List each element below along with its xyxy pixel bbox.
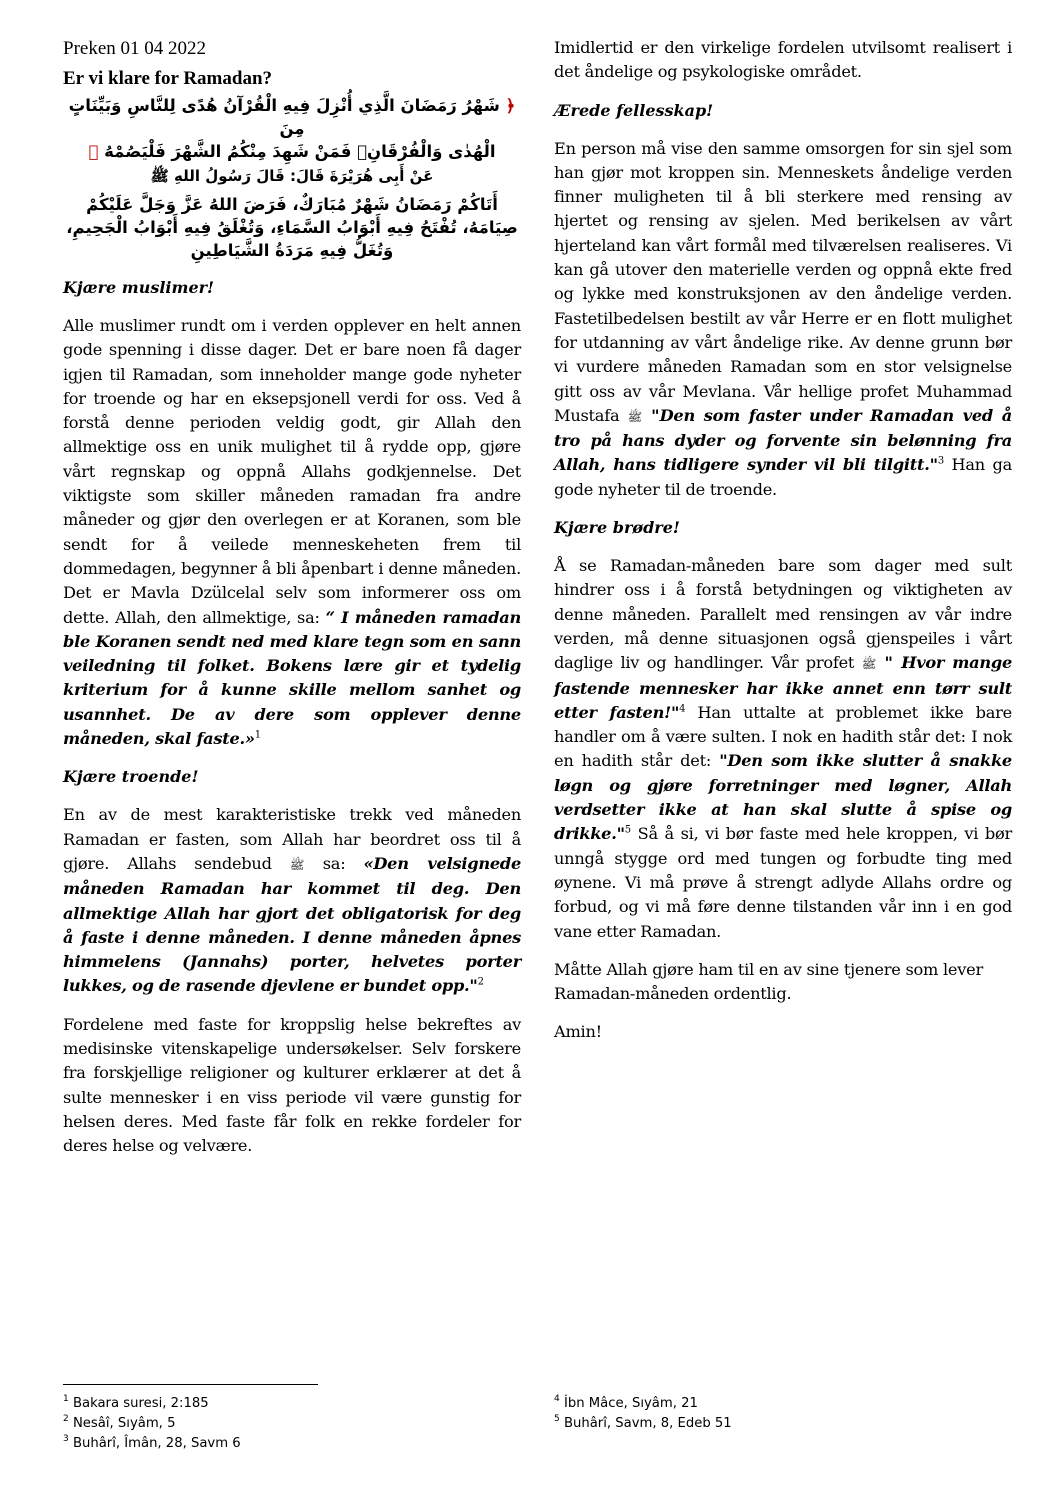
- paragraph: En person må vise den samme omsorgen for…: [554, 137, 1012, 502]
- left-column: Preken 01 04 2022 Er vi klare for Ramada…: [63, 36, 521, 1169]
- hadith-quote: «Den velsignede måneden Ramadan har komm…: [63, 854, 521, 995]
- ornate-bracket-open-icon: ﴿: [506, 96, 516, 115]
- paragraph: Imidlertid er den virkelige fordelen utv…: [554, 36, 1012, 85]
- hadith-narrator: عَنْ أَبِى هُرَيْرَةَ قَالَ: قَالَ رَسُو…: [63, 165, 521, 187]
- quran-verse: ﴿ شَهْرُ رَمَضَانَ الَّذِي أُنْزِلَ فِيه…: [63, 94, 521, 163]
- paragraph: Måtte Allah gjøre ham til en av sine tje…: [554, 958, 1012, 1007]
- footnote-item: 3 Buhârî, Îmân, 28, Savm 6: [63, 1434, 241, 1454]
- salawat-icon: ﷺ: [862, 657, 877, 671]
- footnotes-right: 4 İbn Mâce, Sıyâm, 21 5 Buhârî, Savm, 8,…: [554, 1394, 732, 1434]
- closing-amen: Amin!: [554, 1020, 1012, 1044]
- ornate-bracket-close-icon: ﴾: [89, 142, 99, 161]
- paragraph: Fordelene med faste for kroppslig helse …: [63, 1013, 521, 1159]
- right-column: Imidlertid er den virkelige fordelen utv…: [554, 36, 1012, 1055]
- footnote-item: 4 İbn Mâce, Sıyâm, 21: [554, 1394, 732, 1414]
- salutation-heading: Kjære muslimer!: [63, 276, 521, 300]
- paragraph: Å se Ramadan-måneden bare som dager med …: [554, 554, 1012, 944]
- sermon-title: Er vi klare for Ramadan?: [63, 66, 521, 92]
- verse-line-1: شَهْرُ رَمَضَانَ الَّذِي أُنْزِلَ فِيهِ …: [69, 96, 500, 138]
- footnotes-left: 1 Bakara suresi, 2:185 2 Nesâî, Sıyâm, 5…: [63, 1394, 241, 1454]
- sermon-date: Preken 01 04 2022: [63, 36, 521, 62]
- salutation-heading: Kjære troende!: [63, 765, 521, 789]
- paragraph: En av de mest karakteristiske trekk ved …: [63, 803, 521, 998]
- footnote-ref[interactable]: 2: [478, 977, 484, 988]
- salutation-heading: Ærede fellesskap!: [554, 99, 1012, 123]
- paragraph: Alle muslimer rundt om i verden opplever…: [63, 314, 521, 751]
- footnote-ref[interactable]: 1: [255, 730, 261, 741]
- hadith-arabic: أَتَاكُمْ رَمَضَانُ شَهْرٌ مُبَارَكٌ، فَ…: [63, 193, 521, 262]
- salawat-icon: ﷺ: [290, 858, 305, 872]
- footnote-item: 1 Bakara suresi, 2:185: [63, 1394, 241, 1414]
- footnote-separator: [63, 1384, 318, 1385]
- verse-line-2: الْهُدٰى وَالْفُرْقَانِۚ فَمَنْ شَهِدَ م…: [104, 142, 495, 161]
- quran-quote: “ I måneden ramadan ble Koranen sendt ne…: [63, 608, 521, 748]
- salawat-icon: ﷺ: [628, 410, 643, 424]
- salutation-heading: Kjære brødre!: [554, 516, 1012, 540]
- footnote-item: 2 Nesâî, Sıyâm, 5: [63, 1414, 241, 1434]
- footnote-item: 5 Buhârî, Savm, 8, Edeb 51: [554, 1414, 732, 1434]
